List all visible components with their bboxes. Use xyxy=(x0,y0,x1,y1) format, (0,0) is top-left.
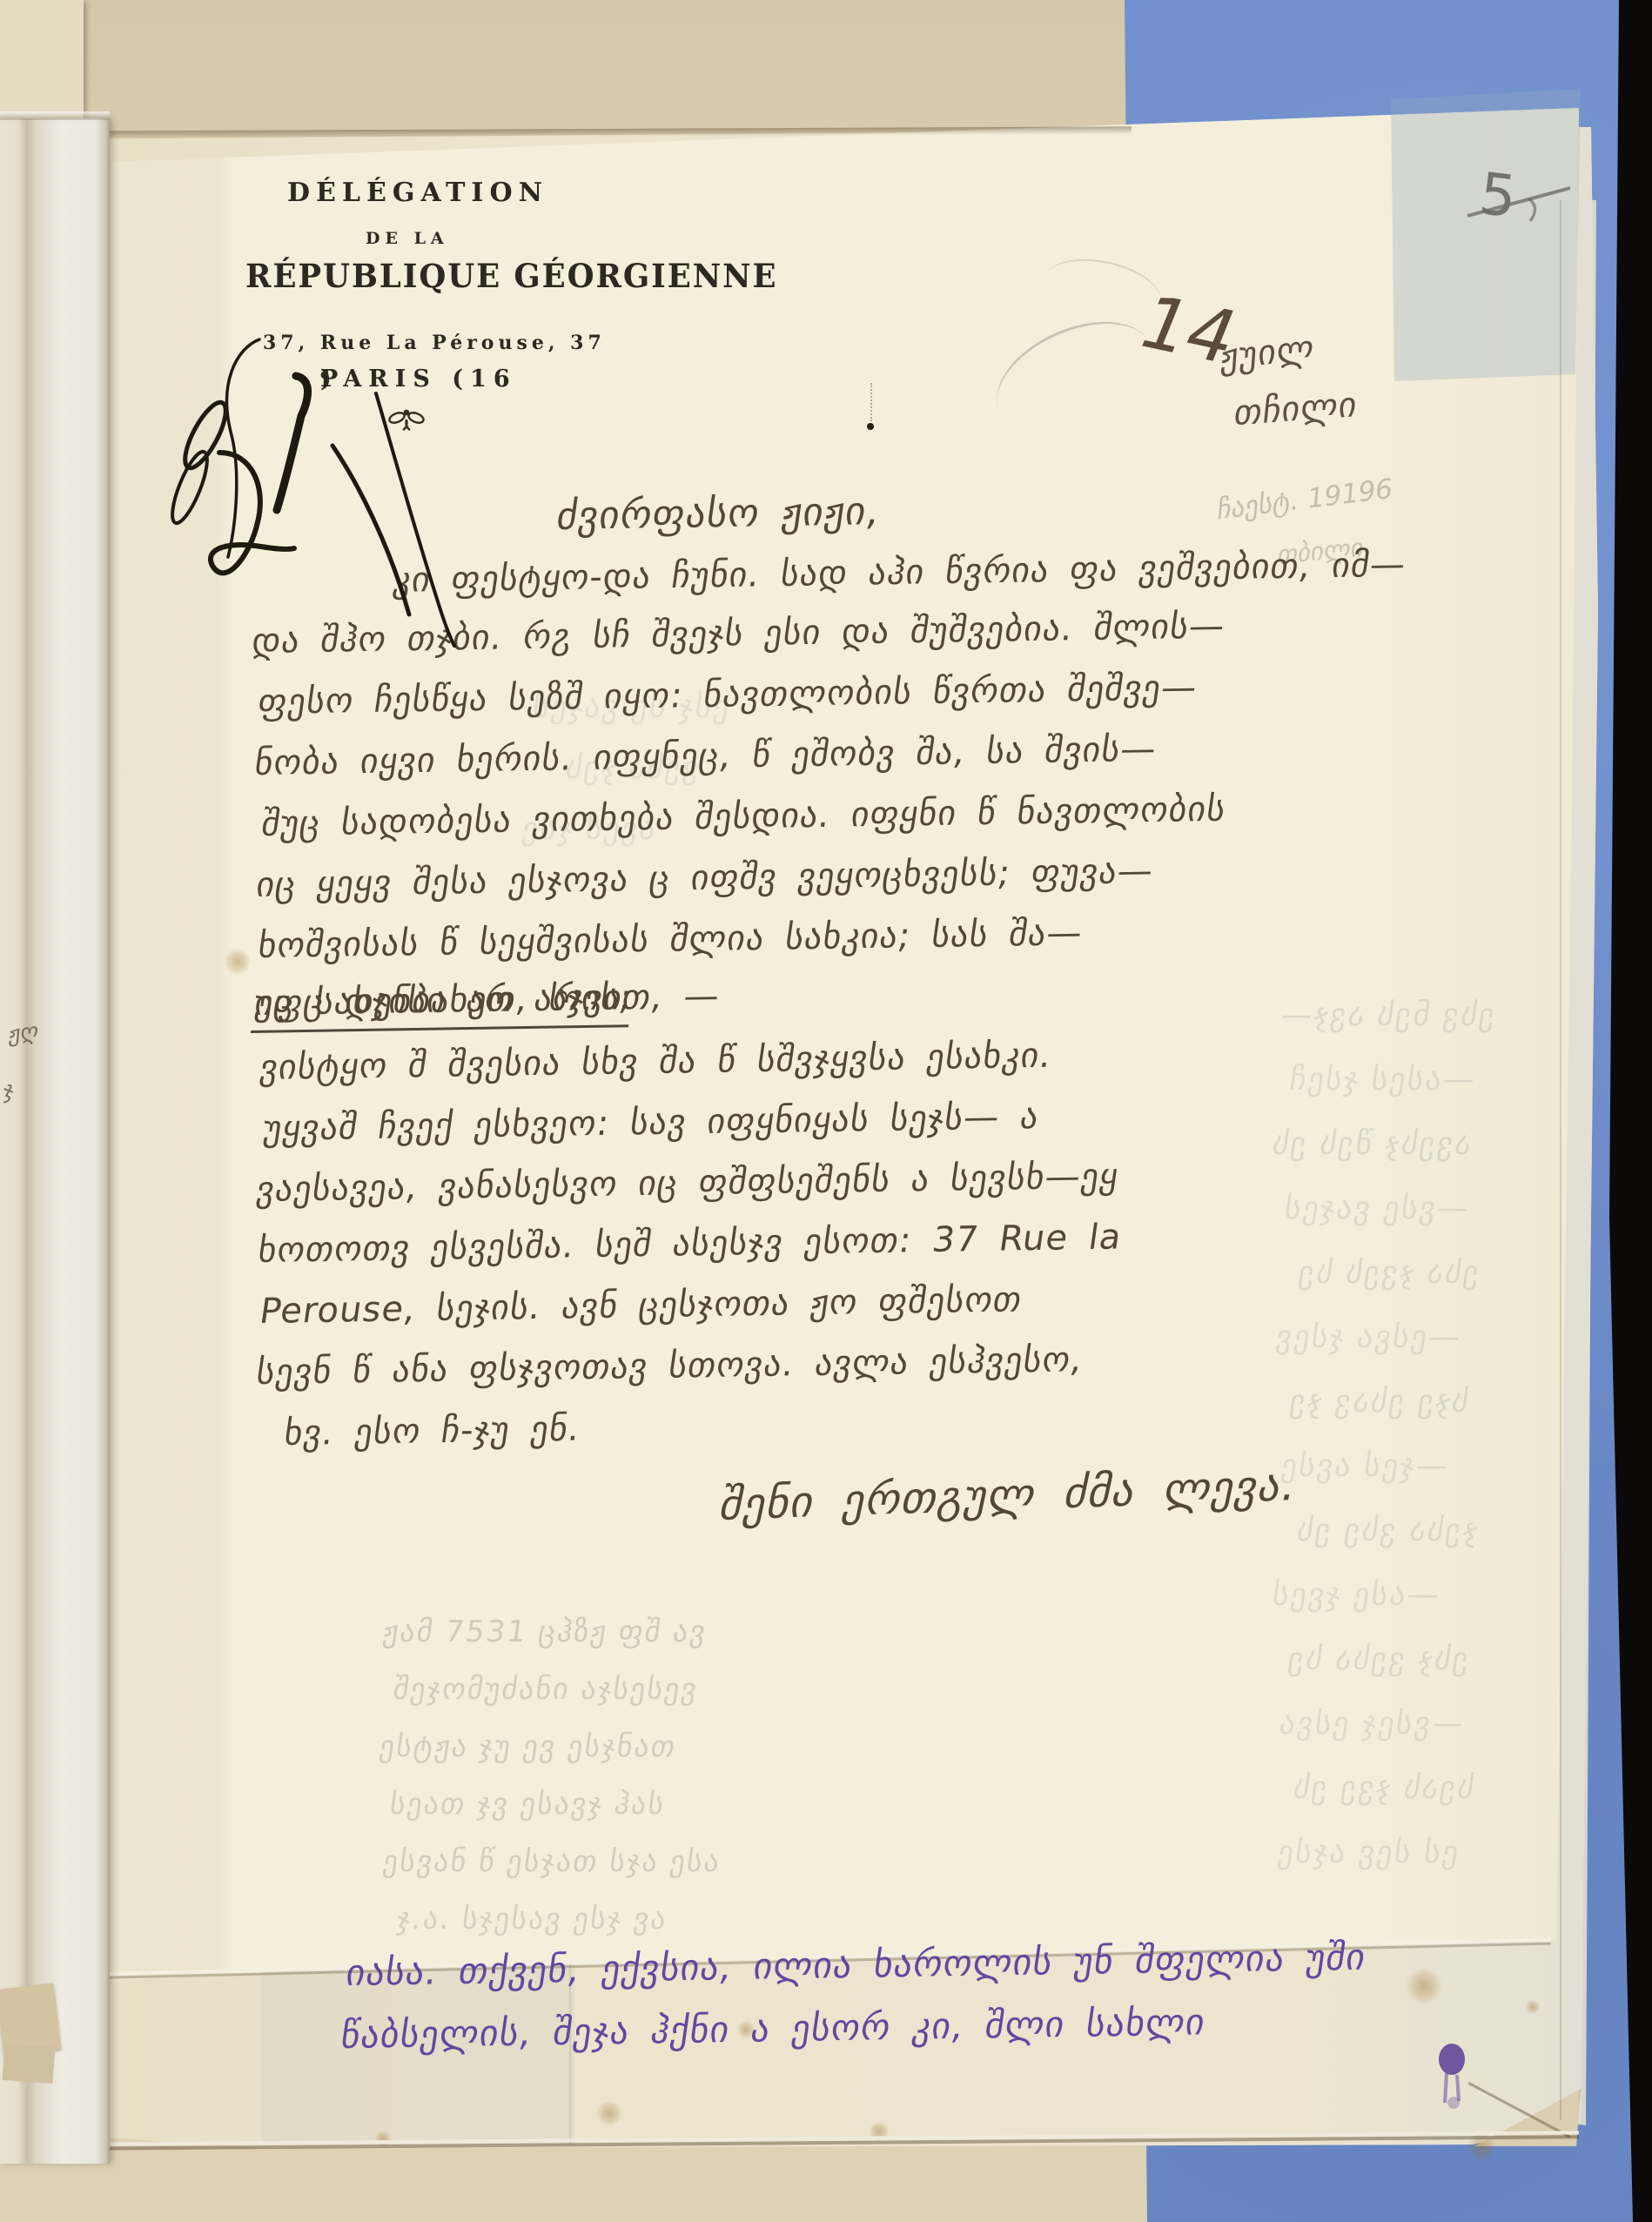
bleedthrough-line: სევჯ ესა— xyxy=(1270,1577,1442,1613)
strip-ink-mark: ჟღ xyxy=(8,1018,40,1048)
bleedthrough-line: ჯესა ვსე ეს xyxy=(1293,1513,1480,1548)
stain xyxy=(1405,1969,1443,2004)
bleedthrough-line: ავსე ჯესვ— xyxy=(1277,1706,1467,1742)
blue-tint-patch xyxy=(1389,87,1582,381)
bleedthrough-line: ესჯ ვესა სე xyxy=(1284,1641,1471,1677)
salutation-line: ძვირფასო ჟიჟი, xyxy=(554,487,883,539)
letterhead-ornament-icon xyxy=(379,404,435,439)
pencil-ghost-line: ესვან წ ესჯათ სჯა ესა xyxy=(380,1844,723,1879)
letterhead-delegation: DÉLÉGATION xyxy=(287,178,548,208)
stain xyxy=(595,2101,623,2125)
bleedthrough-line: სეჯავ ესვ— xyxy=(1282,1191,1473,1226)
bleedthrough-line: ავესჯ შეს ეს xyxy=(1268,1126,1474,1162)
pencil-ghost-line: შეჯომუძანი აჯსესევ xyxy=(391,1672,701,1707)
sheet-edge-line xyxy=(1560,200,1561,2120)
stain xyxy=(225,947,250,977)
bleedthrough-line: ესვ ნეს ავჯ— xyxy=(1277,997,1497,1033)
pencil-ghost-line: ჯ.ა. სჯესავ ესჯ ვა xyxy=(394,1902,669,1937)
bleedthrough-line: ესჯა ვეს სე xyxy=(1275,1835,1462,1870)
bleedthrough-line: სჯე ესავ ჯე xyxy=(1286,1384,1471,1420)
document-scan: DÉLÉGATION DE LA RÉPUBLIQUE GÉORGIENNE 3… xyxy=(0,0,1652,2222)
bleedthrough-line: ესა ჯვეს სე xyxy=(1294,1255,1481,1291)
left-strip-fold-edge xyxy=(0,111,110,120)
strip-ink-mark: ჯ xyxy=(3,1077,15,1104)
left-page-guard-strip xyxy=(0,118,110,2164)
tape-fragment xyxy=(3,2044,56,2084)
bleedthrough-line: ესვა სეჯ— xyxy=(1279,1448,1451,1484)
underlined-phrase: იც სახჯისი არ არის; xyxy=(251,977,635,1033)
bleedthrough-line: ვესჯ ავსე— xyxy=(1273,1319,1464,1355)
ink-dot xyxy=(867,423,874,430)
pencil-ghost-line: ჟამ 7531 ცჰზჟ ფშ ავ xyxy=(380,1614,709,1649)
letterhead-republique: RÉPUBLIQUE GÉORGIENNE xyxy=(245,257,777,295)
bleedthrough-line: ჩესჯ სესა— xyxy=(1287,1062,1479,1098)
stain xyxy=(1525,2000,1541,2014)
pencil-ghost-line: სეათ ჯვ ესავჯ ჰას xyxy=(387,1787,668,1822)
letterhead-de-la: DE LA xyxy=(366,229,449,248)
bleedthrough-line: სეას ჯვე ეს xyxy=(1289,1770,1476,1806)
pencil-ghost-line: ესტჟა ჯუ ევ ესჯნათ xyxy=(377,1729,679,1764)
dotted-ink-mark xyxy=(870,383,872,421)
letterhead-address: 37, Rue La Pérouse, 37 xyxy=(263,332,606,354)
